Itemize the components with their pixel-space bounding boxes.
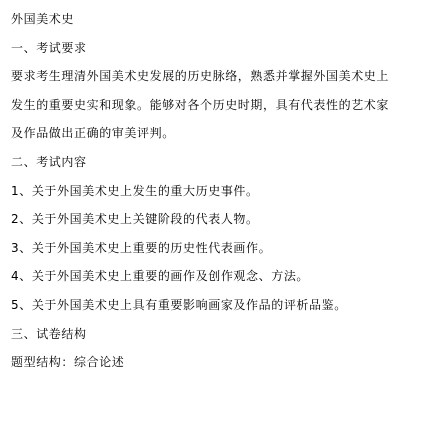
- paragraph-line: 及作品做出正确的审美评判。: [11, 119, 416, 148]
- structure-content: 题型结构：综合论述: [11, 348, 416, 377]
- paragraph-line: 发生的重要史实和现象。能够对各个历史时期，具有代表性的艺术家: [11, 91, 416, 120]
- section-heading-requirements: 一、考试要求: [11, 34, 416, 63]
- document-body: 外国美术史 一、考试要求 要求考生理清外国美术史发展的历史脉络，熟悉并掌握外国美…: [11, 5, 416, 377]
- paragraph-line: 要求考生理清外国美术史发展的历史脉络，熟悉并掌握外国美术史上: [11, 62, 416, 91]
- document-title: 外国美术史: [11, 5, 416, 34]
- list-item: 3、关于外国美术史上重要的历史性代表画作。: [11, 234, 416, 263]
- list-item: 2、关于外国美术史上关键阶段的代表人物。: [11, 205, 416, 234]
- list-item: 1、关于外国美术史上发生的重大历史事件。: [11, 177, 416, 206]
- section-heading-content: 二、考试内容: [11, 148, 416, 177]
- list-item: 5、关于外国美术史上具有重要影响画家及作品的评析品鉴。: [11, 291, 416, 320]
- list-item: 4、关于外国美术史上重要的画作及创作观念、方法。: [11, 262, 416, 291]
- section-heading-structure: 三、试卷结构: [11, 320, 416, 349]
